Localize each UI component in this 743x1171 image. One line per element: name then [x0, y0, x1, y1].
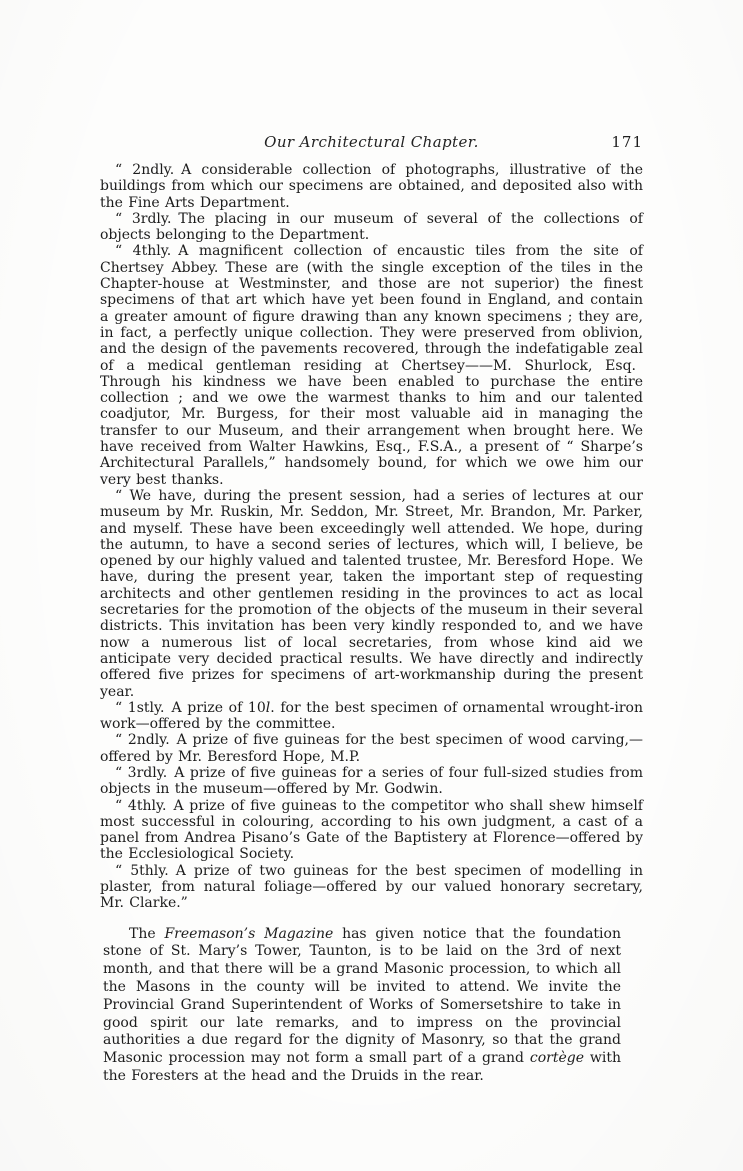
para-freemasons-magazine: The Freemason’s Magazine has given notic… — [103, 926, 621, 1086]
para-prize-5thly: “ 5thly. A prize of two guineas for the … — [100, 863, 643, 912]
para-prize-4thly: “ 4thly. A prize of five guineas to the … — [100, 798, 643, 863]
italic-text-run: Freemason’s Magazine — [164, 926, 333, 942]
scanned-page: Our Architectural Chapter. 171 “ 2ndly. … — [0, 0, 743, 1171]
text-run: “ 4thly. A magnificent collection of enc… — [100, 243, 643, 487]
text-run: “ 2ndly. A considerable collection of ph… — [100, 162, 643, 211]
text-run: “ 1stly. A prize of 10 — [115, 700, 266, 716]
page-header: Our Architectural Chapter. 171 — [100, 133, 643, 153]
para-prize-1stly: “ 1stly. A prize of 10l. for the best sp… — [100, 700, 643, 733]
para-prize-2ndly: “ 2ndly. A prize of five guineas for the… — [100, 732, 643, 765]
text-run: has given notice that the foundation sto… — [103, 926, 621, 1067]
para-lectures: “ We have, during the present session, h… — [100, 488, 643, 700]
text-run: “ 5thly. A prize of two guineas for the … — [100, 863, 643, 912]
text-run: “ 3rdly. The placing in our museum of se… — [100, 211, 643, 243]
para-3rdly-placing: “ 3rdly. The placing in our museum of se… — [100, 211, 643, 244]
page-number: 171 — [611, 133, 643, 151]
article-body: “ 2ndly. A considerable collection of ph… — [100, 162, 643, 1086]
text-run: “ We have, during the present session, h… — [100, 488, 643, 700]
text-run: “ 2ndly. A prize of five guineas for the… — [100, 732, 643, 764]
running-title: Our Architectural Chapter. — [100, 133, 643, 151]
italic-text-run: cortège — [530, 1050, 584, 1066]
para-4thly-tiles: “ 4thly. A magnificent collection of enc… — [100, 243, 643, 487]
text-run: The — [129, 926, 164, 942]
text-run: “ 4thly. A prize of five guineas to the … — [100, 798, 643, 863]
text-run: “ 3rdly. A prize of five guineas for a s… — [100, 765, 643, 797]
para-prize-3rdly: “ 3rdly. A prize of five guineas for a s… — [100, 765, 643, 798]
para-2ndly-photographs: “ 2ndly. A considerable collection of ph… — [100, 162, 643, 211]
